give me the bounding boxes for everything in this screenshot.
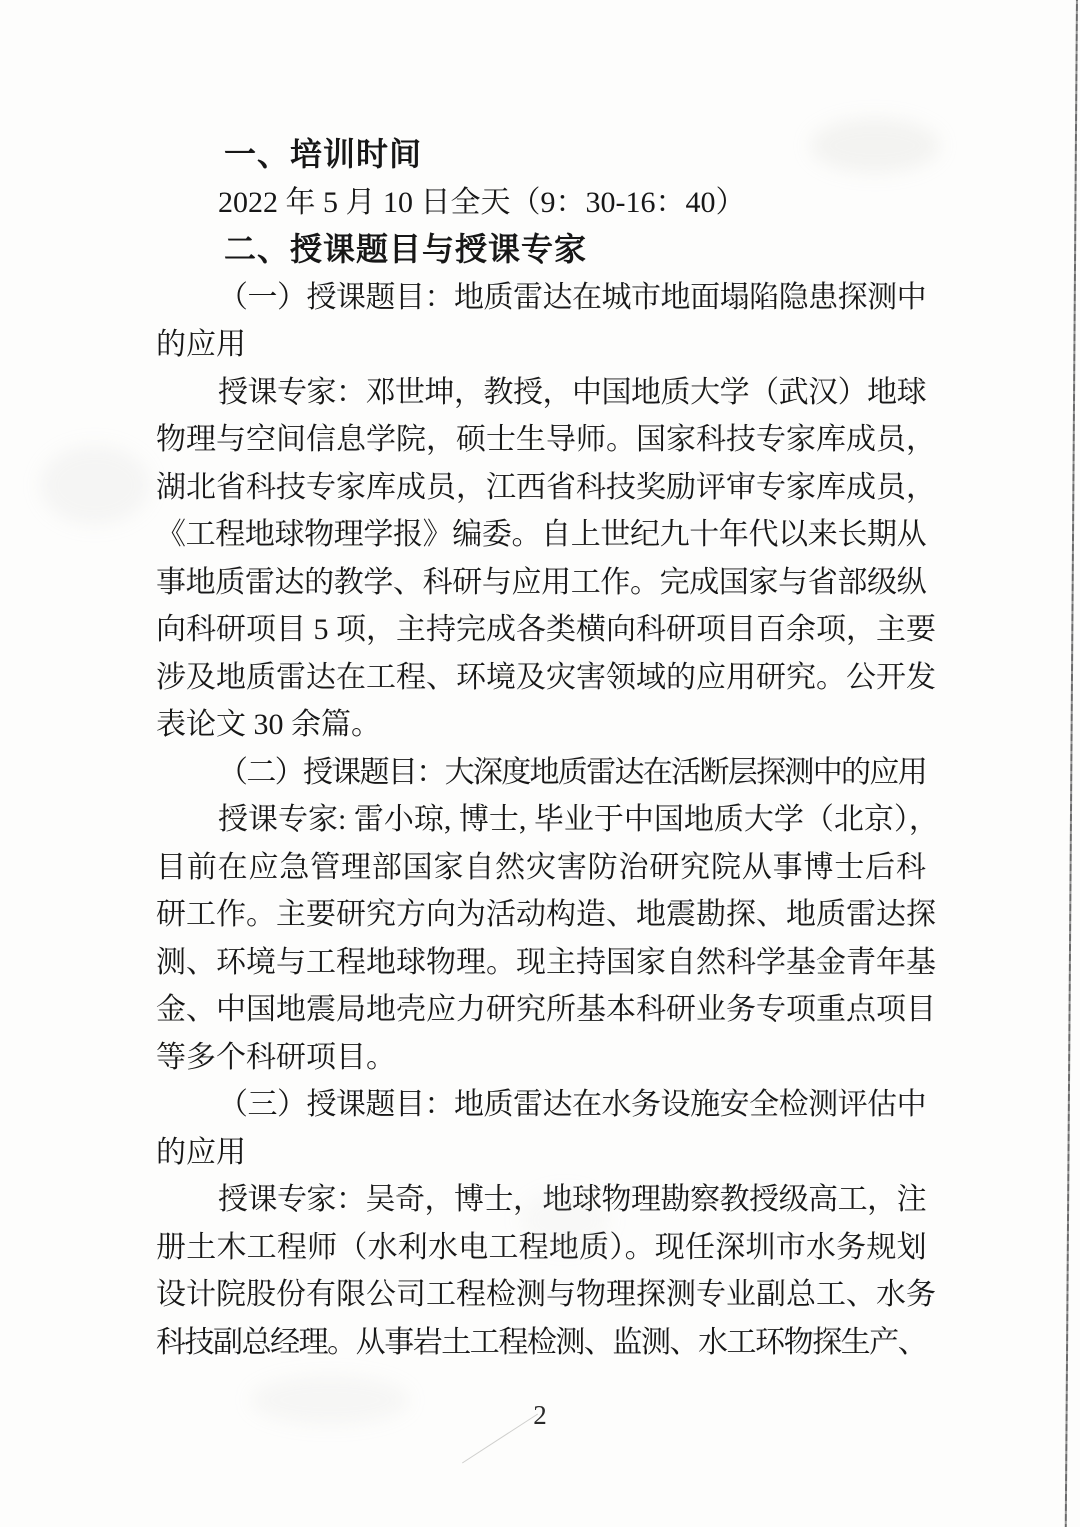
topic-1-expert-line: 表论文 30 余篇。 — [156, 701, 926, 749]
topic-3-title-line-1: （三）授课题目：地质雷达在水务设施安全检测评估中 — [156, 1081, 926, 1129]
topic-1-expert-line: 物理与空间信息学院，硕士生导师。国家科技专家库成员， — [156, 416, 926, 464]
topic-2-expert-line: 金、中国地震局地壳应力研究所基本科研业务专项重点项目 — [156, 986, 926, 1034]
topic-2-expert-line: 目前在应急管理部国家自然灾害防治研究院从事博士后科 — [156, 844, 926, 892]
topic-1-expert-line: 涉及地质雷达在工程、环境及灾害领域的应用研究。公开发 — [156, 654, 926, 702]
topic-1-expert-line: 《工程地球物理学报》编委。自上世纪九十年代以来长期从 — [156, 511, 926, 559]
topic-1-expert-line: 事地质雷达的教学、科研与应用工作。完成国家与省部级纵 — [156, 559, 926, 607]
scan-blotch-artifact — [250, 1375, 410, 1425]
topic-1-title-line-2: 的应用 — [156, 321, 926, 369]
section-1-heading: 一、培训时间 — [156, 131, 926, 179]
training-time-line: 2022 年 5 月 10 日全天（9：30-16：40） — [156, 179, 926, 227]
topic-3-expert-line: 设计院股份有限公司工程检测与物理探测专业副总工、水务 — [156, 1271, 926, 1319]
topic-3-expert-line: 科技副总经理。从事岩土工程检测、监测、水工环物探生产、 — [156, 1319, 926, 1367]
document-text-block: 一、培训时间 2022 年 5 月 10 日全天（9：30-16：40） 二、授… — [156, 131, 926, 1366]
topic-3-title-line-2: 的应用 — [156, 1129, 926, 1177]
scan-blotch-artifact — [520, 1190, 610, 1250]
topic-2-expert-line: 测、环境与工程地球物理。现主持国家自然科学基金青年基 — [156, 939, 926, 987]
topic-1-expert-line: 湖北省科技专家库成员，江西省科技奖励评审专家库成员， — [156, 464, 926, 512]
page-number: 2 — [0, 1400, 1080, 1431]
topic-2-expert-line: 研工作。主要研究方向为活动构造、地震勘探、地质雷达探 — [156, 891, 926, 939]
scan-blotch-artifact — [810, 118, 940, 173]
scan-edge-artifact — [1065, 0, 1078, 1527]
topic-2-expert-line: 等多个科研项目。 — [156, 1034, 926, 1082]
section-2-heading: 二、授课题目与授课专家 — [156, 226, 926, 274]
topic-1-expert-line: 向科研项目 5 项，主持完成各类横向科研项目百余项，主要 — [156, 606, 926, 654]
topic-1-title-line-1: （一）授课题目：地质雷达在城市地面塌陷隐患探测中 — [156, 274, 926, 322]
scan-blotch-artifact — [40, 445, 150, 525]
topic-2-title-line: （二）授课题目：大深度地质雷达在活断层探测中的应用 — [156, 749, 926, 797]
topic-2-expert-line: 授课专家: 雷小琼, 博士, 毕业于中国地质大学（北京）， — [156, 796, 926, 844]
scanned-document-page: 一、培训时间 2022 年 5 月 10 日全天（9：30-16：40） 二、授… — [0, 0, 1080, 1527]
topic-1-expert-line: 授课专家：邓世坤，教授，中国地质大学（武汉）地球 — [156, 369, 926, 417]
